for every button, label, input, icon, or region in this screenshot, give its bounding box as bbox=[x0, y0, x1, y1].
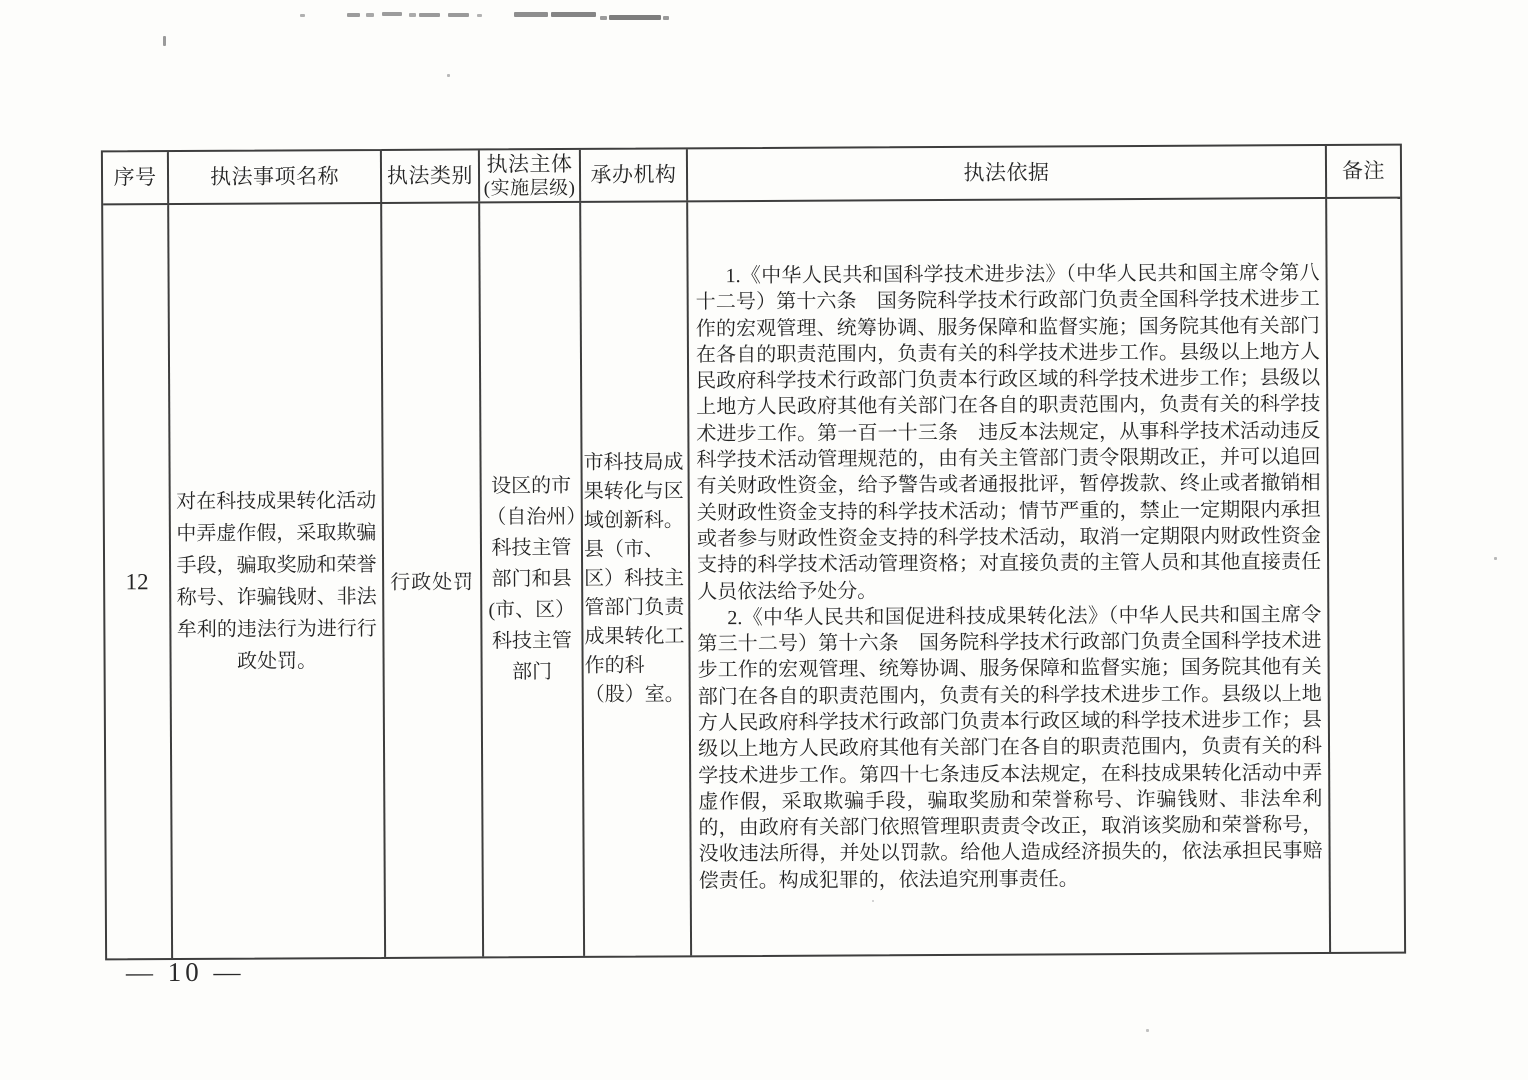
seq-value: 12 bbox=[126, 569, 149, 595]
header-category-label: 执法类别 bbox=[387, 163, 473, 188]
cell-seq: 12 bbox=[103, 205, 173, 958]
header-category: 执法类别 bbox=[382, 150, 480, 202]
scan-artifact-dash bbox=[551, 12, 596, 17]
header-item-name: 执法事项名称 bbox=[169, 151, 382, 203]
scan-artifact-dash bbox=[609, 15, 661, 20]
scan-speck bbox=[1146, 1029, 1149, 1032]
header-agency-label: 承办机构 bbox=[590, 162, 676, 187]
enforcement-items-table: 序号 执法事项名称 执法类别 执法主体 (实施层级) 承办机构 执法依据 bbox=[101, 144, 1406, 961]
scan-artifact-dash bbox=[409, 13, 416, 17]
subject-text: 设区的市（自治州）科技主管部门和县(市、区）科技主管部门 bbox=[483, 471, 581, 689]
header-basis-label: 执法依据 bbox=[963, 160, 1049, 185]
scan-artifact-dash bbox=[347, 13, 360, 17]
scan-artifact-dash bbox=[514, 12, 548, 17]
header-agency: 承办机构 bbox=[581, 149, 688, 201]
basis-paragraph-1: 1.《中华人民共和国科学技术进步法》（中华人民共和国主席令第八十二号）第十六条 … bbox=[695, 260, 1321, 605]
scan-artifact-dash bbox=[300, 14, 305, 17]
scanned-document-page: 序号 执法事项名称 执法类别 执法主体 (实施层级) 承办机构 执法依据 bbox=[0, 0, 1528, 1080]
agency-text: 市科技局成果转化与区域创新科。县（市、区）科技主管部门负责成果转化工作的科（股）… bbox=[583, 448, 687, 710]
scan-speck bbox=[1494, 557, 1497, 560]
table-header-row: 序号 执法事项名称 执法类别 执法主体 (实施层级) 承办机构 执法依据 bbox=[103, 146, 1400, 206]
header-item-name-label: 执法事项名称 bbox=[210, 164, 339, 190]
scan-speck bbox=[163, 36, 166, 46]
cell-basis: 1.《中华人民共和国科学技术进步法》（中华人民共和国主席令第八十二号）第十六条 … bbox=[688, 199, 1331, 955]
header-seq-label: 序号 bbox=[113, 165, 156, 190]
cell-item-name: 对在科技成果转化活动中弄虚作假，采取欺骗手段，骗取奖励和荣誉称号、诈骗钱财、非法… bbox=[169, 204, 386, 958]
header-subject-label: 执法主体 bbox=[486, 151, 572, 176]
item-name-text: 对在科技成果转化活动中弄虚作假，采取欺骗手段，骗取奖励和荣誉称号、诈骗钱财、非法… bbox=[176, 484, 378, 677]
cell-subject: 设区的市（自治州）科技主管部门和县(市、区）科技主管部门 bbox=[480, 203, 585, 957]
scan-artifact-dash bbox=[366, 13, 374, 17]
header-subject: 执法主体 (实施层级) bbox=[480, 150, 581, 202]
header-subject-sublabel: (实施层级) bbox=[484, 176, 576, 199]
scan-artifact-dash bbox=[600, 16, 607, 20]
scan-artifact-dash bbox=[448, 13, 469, 17]
scan-artifact-dash bbox=[382, 12, 402, 16]
scan-speck bbox=[447, 74, 450, 77]
header-seq: 序号 bbox=[103, 152, 169, 203]
cell-category: 行政处罚 bbox=[382, 203, 484, 957]
basis-paragraph-2: 2.《中华人民共和国促进科技成果转化法》（中华人民共和国主席令第三十二号）第十六… bbox=[697, 602, 1323, 895]
scan-artifact-dash bbox=[663, 16, 669, 20]
header-basis: 执法依据 bbox=[688, 146, 1327, 200]
category-text: 行政处罚 bbox=[390, 565, 474, 594]
header-remark: 备注 bbox=[1327, 146, 1400, 197]
scan-artifact-dash bbox=[477, 14, 482, 17]
table-skew-wrapper: 序号 执法事项名称 执法类别 执法主体 (实施层级) 承办机构 执法依据 bbox=[101, 144, 1406, 961]
header-remark-label: 备注 bbox=[1342, 159, 1385, 184]
table-row: 12 对在科技成果转化活动中弄虚作假，采取欺骗手段，骗取奖励和荣誉称号、诈骗钱财… bbox=[103, 199, 1404, 959]
scan-artifact-dash bbox=[419, 13, 440, 17]
cell-agency: 市科技局成果转化与区域创新科。县（市、区）科技主管部门负责成果转化工作的科（股）… bbox=[581, 202, 692, 956]
page-number: — 10 — bbox=[126, 957, 245, 988]
cell-remark bbox=[1327, 199, 1404, 952]
